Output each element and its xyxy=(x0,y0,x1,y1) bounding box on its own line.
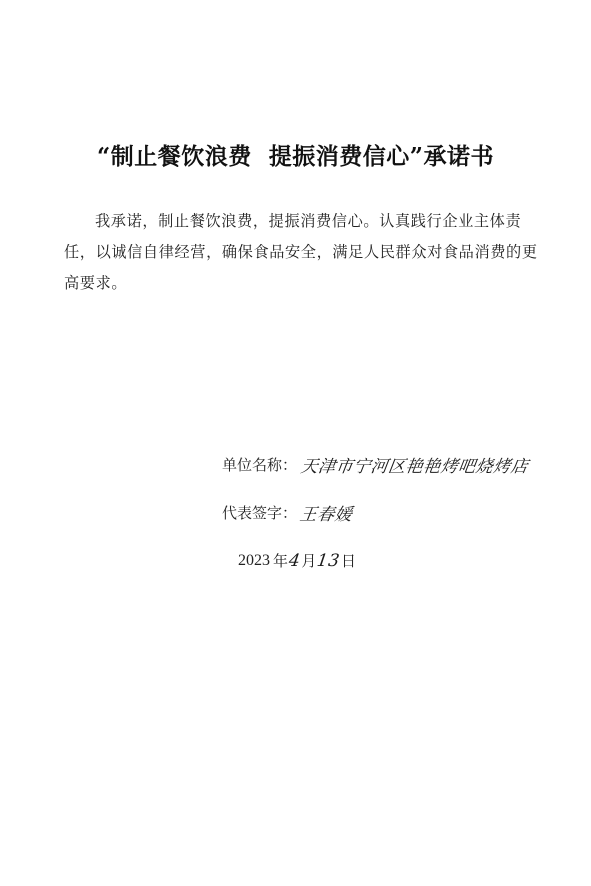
document-title: “制止餐饮浪费 提振消费信心”承诺书 xyxy=(0,138,591,171)
commitment-paragraph: 我承诺，制止餐饮浪费，提振消费信心。认真践行企业主体责任，以诚信自律经营，确保食… xyxy=(64,206,544,299)
date-month-handwritten: 4 xyxy=(288,551,302,571)
representative-signature-row: 代表签字： 王春媛 xyxy=(222,500,353,525)
date-day-handwritten: 13 xyxy=(316,551,341,571)
representative-signature: 王春媛 xyxy=(298,500,354,525)
date-day-unit: 日 xyxy=(341,550,356,571)
representative-signature-label: 代表签字： xyxy=(222,502,297,523)
unit-name-label: 单位名称： xyxy=(222,454,297,475)
date-year: 2023 xyxy=(238,552,270,570)
commitment-letter-page: “制止餐饮浪费 提振消费信心”承诺书 我承诺，制止餐饮浪费，提振消费信心。认真践… xyxy=(0,0,591,886)
date-month-unit: 月 xyxy=(301,550,316,571)
unit-name-handwritten: 天津市宁河区艳艳烤吧烧烤店 xyxy=(299,452,530,477)
date-row: 2023 年 4 月 13 日 xyxy=(238,550,356,571)
date-year-unit: 年 xyxy=(273,550,288,571)
unit-name-row: 单位名称： 天津市宁河区艳艳烤吧烧烤店 xyxy=(222,452,529,477)
